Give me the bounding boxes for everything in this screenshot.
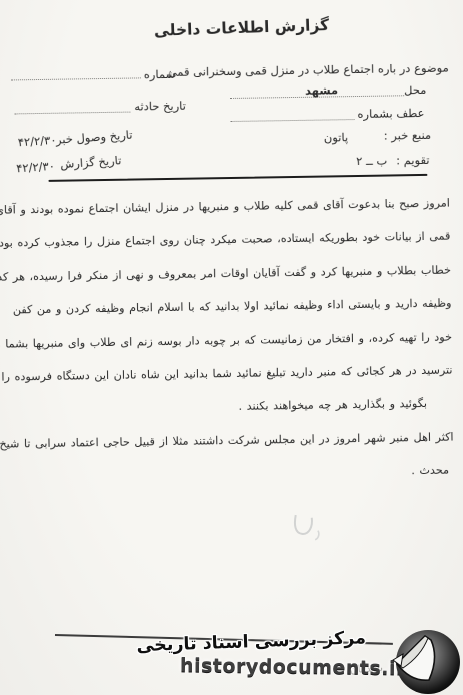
body-closing-line: محدث . <box>17 454 454 494</box>
scanned-document-page: گزارش اطلاعات داخلی /* placeholder to ke… <box>0 0 463 695</box>
signature-mark-icon <box>282 509 329 552</box>
location-value: مشهد <box>305 83 338 98</box>
document-title: گزارش اطلاعات داخلی <box>164 16 330 39</box>
report-body: امروز صبح بنا بدعوت آقای قمی کلیه طلاب و… <box>13 187 455 494</box>
report-date-label: تاریخ گزارش <box>60 153 122 171</box>
news-source-label: منبع خبر : <box>384 128 432 143</box>
report-date-value: ۴۲/۲/۳۰ <box>16 159 56 176</box>
received-date-label: تاریخ وصول خبر <box>55 128 133 147</box>
incident-date-label: تاریخ حادثه <box>134 99 186 114</box>
reference-dotted-line <box>231 118 355 122</box>
number-label: شماره <box>144 67 176 81</box>
number-dotted-line <box>11 76 141 80</box>
evaluation-label: تقویم : <box>396 153 430 168</box>
location-label: محل <box>404 83 427 97</box>
news-source-value: پاتون <box>324 130 349 144</box>
watermark-url: historydocuments.ir <box>180 654 406 679</box>
document-content: گزارش اطلاعات داخلی /* placeholder to ke… <box>0 0 463 695</box>
incident-date-dotted-line <box>14 111 130 115</box>
evaluation-value: ب ــ ۲ <box>356 154 387 168</box>
header-divider-line <box>48 174 427 182</box>
received-date-value: ۴۲/۲/۳۰ <box>17 133 57 150</box>
subject-line: موضوع در باره اجتماع طلاب در منزل قمی وس… <box>159 61 449 80</box>
history-documents-logo-icon <box>391 626 463 695</box>
reference-number-label: عطف بشماره <box>357 106 424 121</box>
